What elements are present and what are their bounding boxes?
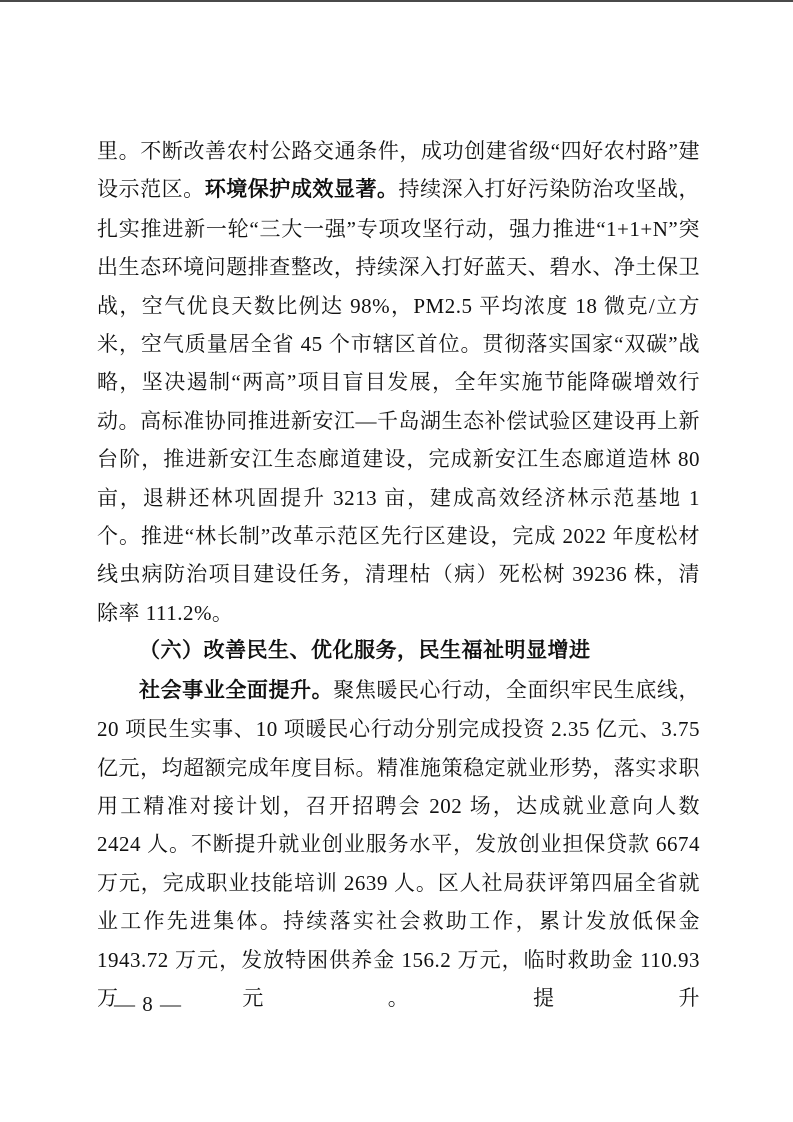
bold-phrase-environment: 环境保护成效显著。 <box>205 178 399 201</box>
page-number: — 8 — <box>114 992 182 1017</box>
paragraph-environment: 里。不断改善农村公路交通条件，成功创建省级“四好农村路”建设示范区。环境保护成效… <box>97 132 700 632</box>
document-page: 里。不断改善农村公路交通条件，成功创建省级“四好农村路”建设示范区。环境保护成效… <box>0 0 793 1122</box>
bold-phrase-social: 社会事业全面提升。 <box>139 679 333 702</box>
text-run-environment-body: 持续深入打好污染防治攻坚战，扎实推进新一轮“三大一强”专项攻坚行动，强力推进“1… <box>97 177 700 624</box>
text-run-social-body: 聚焦暖民心行动，全面织牢民生底线，20 项民生实事、10 项暖民心行动分别完成投… <box>97 678 700 1010</box>
section-heading-six: （六）改善民生、优化服务，民生福祉明显增进 <box>97 632 700 670</box>
page-body-text: 里。不断改善农村公路交通条件，成功创建省级“四好农村路”建设示范区。环境保护成效… <box>97 132 700 1017</box>
scan-edge-line <box>0 0 793 2</box>
paragraph-social: 社会事业全面提升。聚焦暖民心行动，全面织牢民生底线，20 项民生实事、10 项暖… <box>97 671 700 1018</box>
